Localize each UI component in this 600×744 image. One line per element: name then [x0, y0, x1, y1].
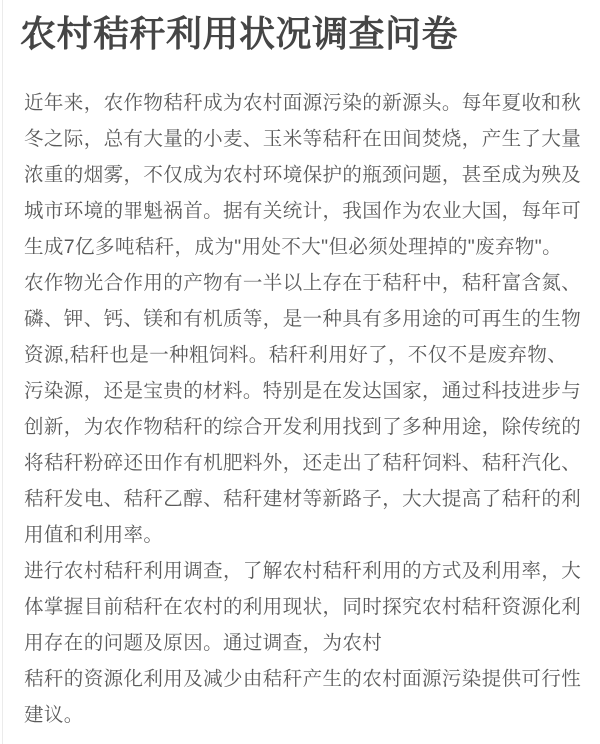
page-edge-divider: [2, 0, 3, 744]
intro-paragraph: 进行农村秸秆利用调查，了解农村秸秆利用的方式及利用率，大体掌握目前秸秆在农村的利…: [24, 553, 585, 661]
questionnaire-title: 农村秸秆利用状况调查问卷: [20, 12, 585, 55]
questionnaire-intro: 近年来，农作物秸秆成为农村面源污染的新源头。每年夏收和秋冬之际，总有大量的小麦、…: [24, 85, 585, 733]
questionnaire-page: 农村秸秆利用状况调查问卷 近年来，农作物秸秆成为农村面源污染的新源头。每年夏收和…: [0, 0, 600, 744]
intro-paragraph: 近年来，农作物秸秆成为农村面源污染的新源头。每年夏收和秋冬之际，总有大量的小麦、…: [24, 85, 585, 265]
intro-paragraph: 农作物光合作用的产物有一半以上存在于秸秆中，秸秆富含氮、磷、钾、钙、镁和有机质等…: [24, 265, 585, 553]
intro-paragraph: 秸秆的资源化利用及减少由秸秆产生的农村面源污染提供可行性建议。: [24, 661, 585, 733]
